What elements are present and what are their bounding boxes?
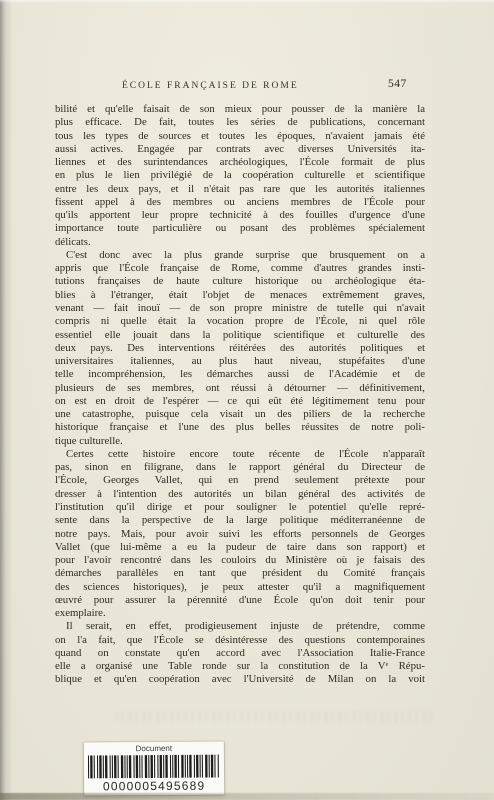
page-left-edge-shadow xyxy=(0,0,13,800)
text-line: œuvré pour assurer la pérennité d'une Éc… xyxy=(55,594,425,607)
text-line: C'est donc avec la plus grande surprise … xyxy=(55,249,425,262)
text-line: on l'a fait, que l'École se désintéresse… xyxy=(55,634,425,647)
text-line: compris ni quelle était la vocation prop… xyxy=(55,315,425,328)
text-line: tique culturelle. xyxy=(55,435,425,448)
text-line: bilité et qu'elle faisait de son mieux p… xyxy=(55,103,425,116)
text-line: tous les types de sources et toutes les … xyxy=(55,130,425,143)
text-line: fissent appel à des membres ou anciens m… xyxy=(55,196,425,209)
text-line: historique française et l'une des plus b… xyxy=(55,421,425,434)
text-line: plusieurs de ses membres, ont réussi à d… xyxy=(55,382,425,395)
text-line: exemplaire. xyxy=(55,607,425,620)
text-line: liennes et des surintendances archéologi… xyxy=(55,156,425,169)
page-number: 547 xyxy=(388,78,412,90)
text-line: importance toute particulière ou posant … xyxy=(55,222,425,235)
text-line: Certes cette histoire encore toute récen… xyxy=(55,448,425,461)
text-line: tutions françaises de haute culture hist… xyxy=(55,275,425,288)
text-line: venant — fait inouï — de son propre mini… xyxy=(55,302,425,315)
text-line: en plus le lien privilégié de la coopéra… xyxy=(55,169,425,182)
page-bottom-edge-shadow xyxy=(0,793,494,800)
library-barcode-sticker: Document 0000005495689 xyxy=(84,742,224,796)
page-text: bilité et qu'elle faisait de son mieux p… xyxy=(55,103,425,687)
text-line: aussi actives. Engagée par contrats avec… xyxy=(55,143,425,156)
sticker-document-label: Document xyxy=(136,744,173,753)
paragraph: C'est donc avec la plus grande surprise … xyxy=(55,249,425,448)
text-line: essentiel elle jouait dans la politique … xyxy=(55,329,425,342)
text-line: Vallet (que lui-même a eu la pudeur de t… xyxy=(55,541,425,554)
text-line: des sciences historiques), je peux attes… xyxy=(55,581,425,594)
text-line: plus efficace. De fait, toutes les série… xyxy=(55,116,425,129)
text-line: l'institution qu'il dirige et pour souli… xyxy=(55,501,425,514)
text-line: universitaires italiennes, au plus haut … xyxy=(55,355,425,368)
text-line: pas, sinon en filigrane, dans le rapport… xyxy=(55,461,425,474)
text-line: quand on constate qu'en accord avec l'As… xyxy=(55,647,425,660)
text-line: qu'ils apportent leur propre technicité … xyxy=(55,209,425,222)
text-line: blies à l'étranger, était l'objet de men… xyxy=(55,289,425,302)
running-head-title: ÉCOLE FRANÇAISE DE ROME xyxy=(122,81,299,91)
paragraph: Il serait, en effet, prodigieusement inj… xyxy=(55,620,425,686)
text-line: une catastrophe, puisque cela visait un … xyxy=(55,408,425,421)
ink-bleedthrough-band xyxy=(115,711,435,722)
text-line: elle a organisé une Table ronde sur la c… xyxy=(55,660,425,673)
text-line: démarches parallèles en tant que préside… xyxy=(55,567,425,580)
text-line: on est en droit de l'espérer — ce qui eû… xyxy=(55,395,425,408)
barcode-bars xyxy=(88,755,220,779)
page-top-edge-highlight xyxy=(0,0,494,3)
text-line: l'École, Georges Vallet, qui en prend se… xyxy=(55,474,425,487)
scanned-book-page: ÉCOLE FRANÇAISE DE ROME 547 bilité et qu… xyxy=(0,0,494,800)
paragraph: bilité et qu'elle faisait de son mieux p… xyxy=(55,103,425,249)
text-line: dresser à l'intention des autorités un b… xyxy=(55,488,425,501)
paragraph: Certes cette histoire encore toute récen… xyxy=(55,448,425,620)
text-line: délicats. xyxy=(55,236,425,249)
text-line: telle incompréhension, les démarches aus… xyxy=(55,368,425,381)
barcode-number: 0000005495689 xyxy=(103,780,205,794)
text-line: notre pays. Mais, pour avoir suivi les e… xyxy=(55,528,425,541)
text-line: deux pays. Des interventions réitérées d… xyxy=(55,342,425,355)
text-line: Il serait, en effet, prodigieusement inj… xyxy=(55,620,425,633)
text-line: pour l'avoir rencontré dans les couloirs… xyxy=(55,554,425,567)
text-line: sente dans la perspective de la large po… xyxy=(55,514,425,527)
text-line: blique et qu'en coopération avec l'Unive… xyxy=(55,673,425,686)
text-line: entre les deux pays, et il n'était pas r… xyxy=(55,183,425,196)
text-line: appris que l'École française de Rome, co… xyxy=(55,262,425,275)
